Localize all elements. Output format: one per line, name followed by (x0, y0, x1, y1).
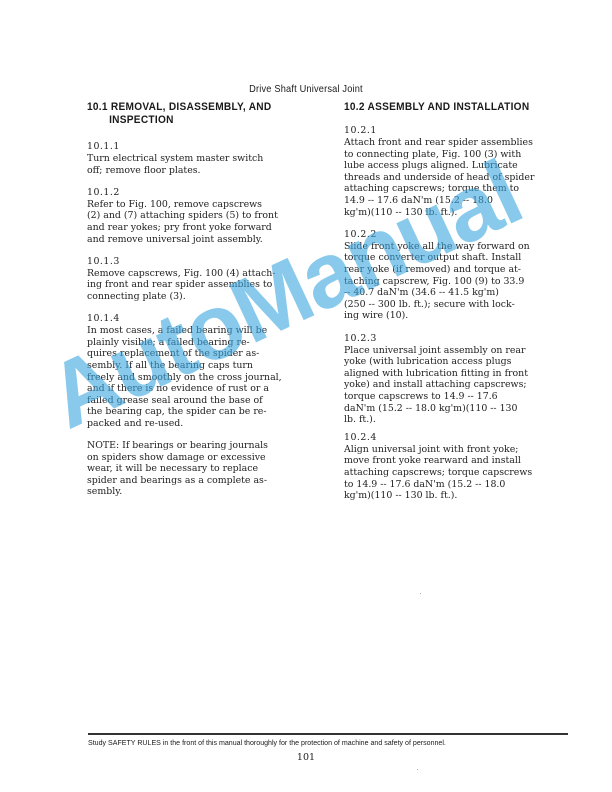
step-text-line: torque converter output shaft. Install (344, 252, 594, 264)
step-text-line: spider and bearings as a complete as- (87, 475, 337, 487)
step-text-line: Turn electrical system master switch (87, 153, 337, 165)
step-text-line: and if there is no evidence of rust or a (87, 383, 337, 395)
step-text-line: failed grease seal around the base of (87, 395, 337, 407)
step-text-line: daN'm (15.2 -- 18.0 kg'm)(110 -- 130 (344, 403, 594, 415)
step-text-line: freely and smoothly on the cross journal… (87, 372, 337, 384)
scan-speck (420, 593, 421, 594)
section-heading-line2: INSPECTION (87, 114, 271, 127)
step-text-line: 14.9 -- 17.6 daN'm (15.2 -- 18.0 (344, 195, 594, 207)
step-text-line: off; remove floor plates. (87, 165, 337, 177)
step-text-line: Align universal joint with front yoke; (344, 444, 594, 456)
page-number: 101 (0, 752, 612, 763)
procedure-step-10-1-3: 10.1.3Remove capscrews, Fig. 100 (4) att… (87, 256, 337, 303)
step-text-line: yoke (with lubrication access plugs (344, 356, 594, 368)
step-text-line: (2) and (7) attaching spiders (5) to fro… (87, 210, 337, 222)
step-number: 10.1.2 (87, 187, 337, 199)
procedure-step-10-2-1: 10.2.1Attach front and rear spider assem… (344, 125, 594, 218)
step-text-line: In most cases, a failed bearing will be (87, 325, 337, 337)
step-number: 10.1.4 (87, 313, 337, 325)
procedure-step-10-1-2: 10.1.2Refer to Fig. 100, remove capscrew… (87, 187, 337, 245)
step-text-line: (250 -- 300 lb. ft.); secure with lock- (344, 299, 594, 311)
safety-footer-note: Study SAFETY RULES in the front of this … (88, 738, 538, 747)
step-text-line: rear yoke (if removed) and torque at- (344, 264, 594, 276)
scan-speck (417, 769, 418, 770)
step-text-line: connecting plate (3). (87, 291, 337, 303)
step-text-line: lb. ft.). (344, 414, 594, 426)
step-text-line: threads and underside of head of spider (344, 172, 594, 184)
step-text-line: the bearing cap, the spider can be re- (87, 406, 337, 418)
left-column: 10.1.1Turn electrical system master swit… (87, 141, 337, 509)
step-text-line: Slide front yoke all the way forward on (344, 241, 594, 253)
step-text-line: move front yoke rearward and install (344, 455, 594, 467)
step-text-line: Place universal joint assembly on rear (344, 345, 594, 357)
step-text-line: and remove universal joint assembly. (87, 234, 337, 246)
manual-page: Drive Shaft Universal Joint 10.1 REMOVAL… (0, 0, 612, 792)
step-number: 10.2.2 (344, 229, 594, 241)
step-number: 10.2.3 (344, 333, 594, 345)
footer-divider (88, 733, 568, 735)
step-text-line: torque capscrews to 14.9 -- 17.6 (344, 391, 594, 403)
step-number: 10.2.4 (344, 432, 594, 444)
step-text-line: and rear yokes; pry front yoke forward (87, 222, 337, 234)
step-text-line: yoke) and install attaching capscrews; (344, 379, 594, 391)
step-text-line: lube access plugs aligned. Lubricate (344, 160, 594, 172)
step-text-line: sembly. (87, 486, 337, 498)
step-text-line: attaching capscrews; torque capscrews (344, 467, 594, 479)
step-number: 10.1.3 (87, 256, 337, 268)
step-text-line: on spiders show damage or excessive (87, 452, 337, 464)
step-text-line: -- 40.7 daN'm (34.6 -- 41.5 kg'm) (344, 287, 594, 299)
step-text-line: ing front and rear spider assemblies to (87, 279, 337, 291)
procedure-step-10-1-4: 10.1.4In most cases, a failed bearing wi… (87, 313, 337, 429)
procedure-step-10-1-1: 10.1.1Turn electrical system master swit… (87, 141, 337, 176)
step-number: 10.1.1 (87, 141, 337, 153)
procedure-step-10-2-4: 10.2.4Align universal joint with front y… (344, 432, 594, 502)
note-paragraph: NOTE: If bearings or bearing journalson … (87, 440, 337, 498)
section-heading-assembly: 10.2 ASSEMBLY AND INSTALLATION (344, 101, 529, 114)
step-text-line: Remove capscrews, Fig. 100 (4) attach- (87, 268, 337, 280)
step-text-line: to 14.9 -- 17.6 daN'm (15.2 -- 18.0 (344, 479, 594, 491)
step-text-line: quires replacement of the spider as- (87, 348, 337, 360)
step-text-line: Refer to Fig. 100, remove capscrews (87, 199, 337, 211)
step-text-line: taching capscrew, Fig. 100 (9) to 33.9 (344, 276, 594, 288)
step-text-line: attaching capscrews; torque them to (344, 183, 594, 195)
step-text-line: plainly visible; a failed bearing re- (87, 337, 337, 349)
step-text-line: to connecting plate, Fig. 100 (3) with (344, 149, 594, 161)
right-column: 10.2.1Attach front and rear spider assem… (344, 125, 594, 512)
step-text-line: aligned with lubrication fitting in fron… (344, 368, 594, 380)
step-text-line: packed and re-used. (87, 418, 337, 430)
section-heading-removal: 10.1 REMOVAL, DISASSEMBLY, AND INSPECTIO… (87, 101, 271, 127)
step-text-line: Attach front and rear spider assemblies (344, 137, 594, 149)
step-text-line: NOTE: If bearings or bearing journals (87, 440, 337, 452)
step-text-line: kg'm)(110 -- 130 lb. ft.). (344, 207, 594, 219)
procedure-step-10-2-2: 10.2.2Slide front yoke all the way forwa… (344, 229, 594, 322)
step-text-line: wear, it will be necessary to replace (87, 463, 337, 475)
step-number: 10.2.1 (344, 125, 594, 137)
procedure-step-10-2-3: 10.2.3Place universal joint assembly on … (344, 333, 594, 426)
running-title: Drive Shaft Universal Joint (37, 83, 576, 95)
section-heading-line1: 10.1 REMOVAL, DISASSEMBLY, AND (87, 101, 271, 113)
step-text-line: sembly. If all the bearing caps turn (87, 360, 337, 372)
step-text-line: ing wire (10). (344, 310, 594, 322)
step-text-line: kg'm)(110 -- 130 lb. ft.). (344, 490, 594, 502)
